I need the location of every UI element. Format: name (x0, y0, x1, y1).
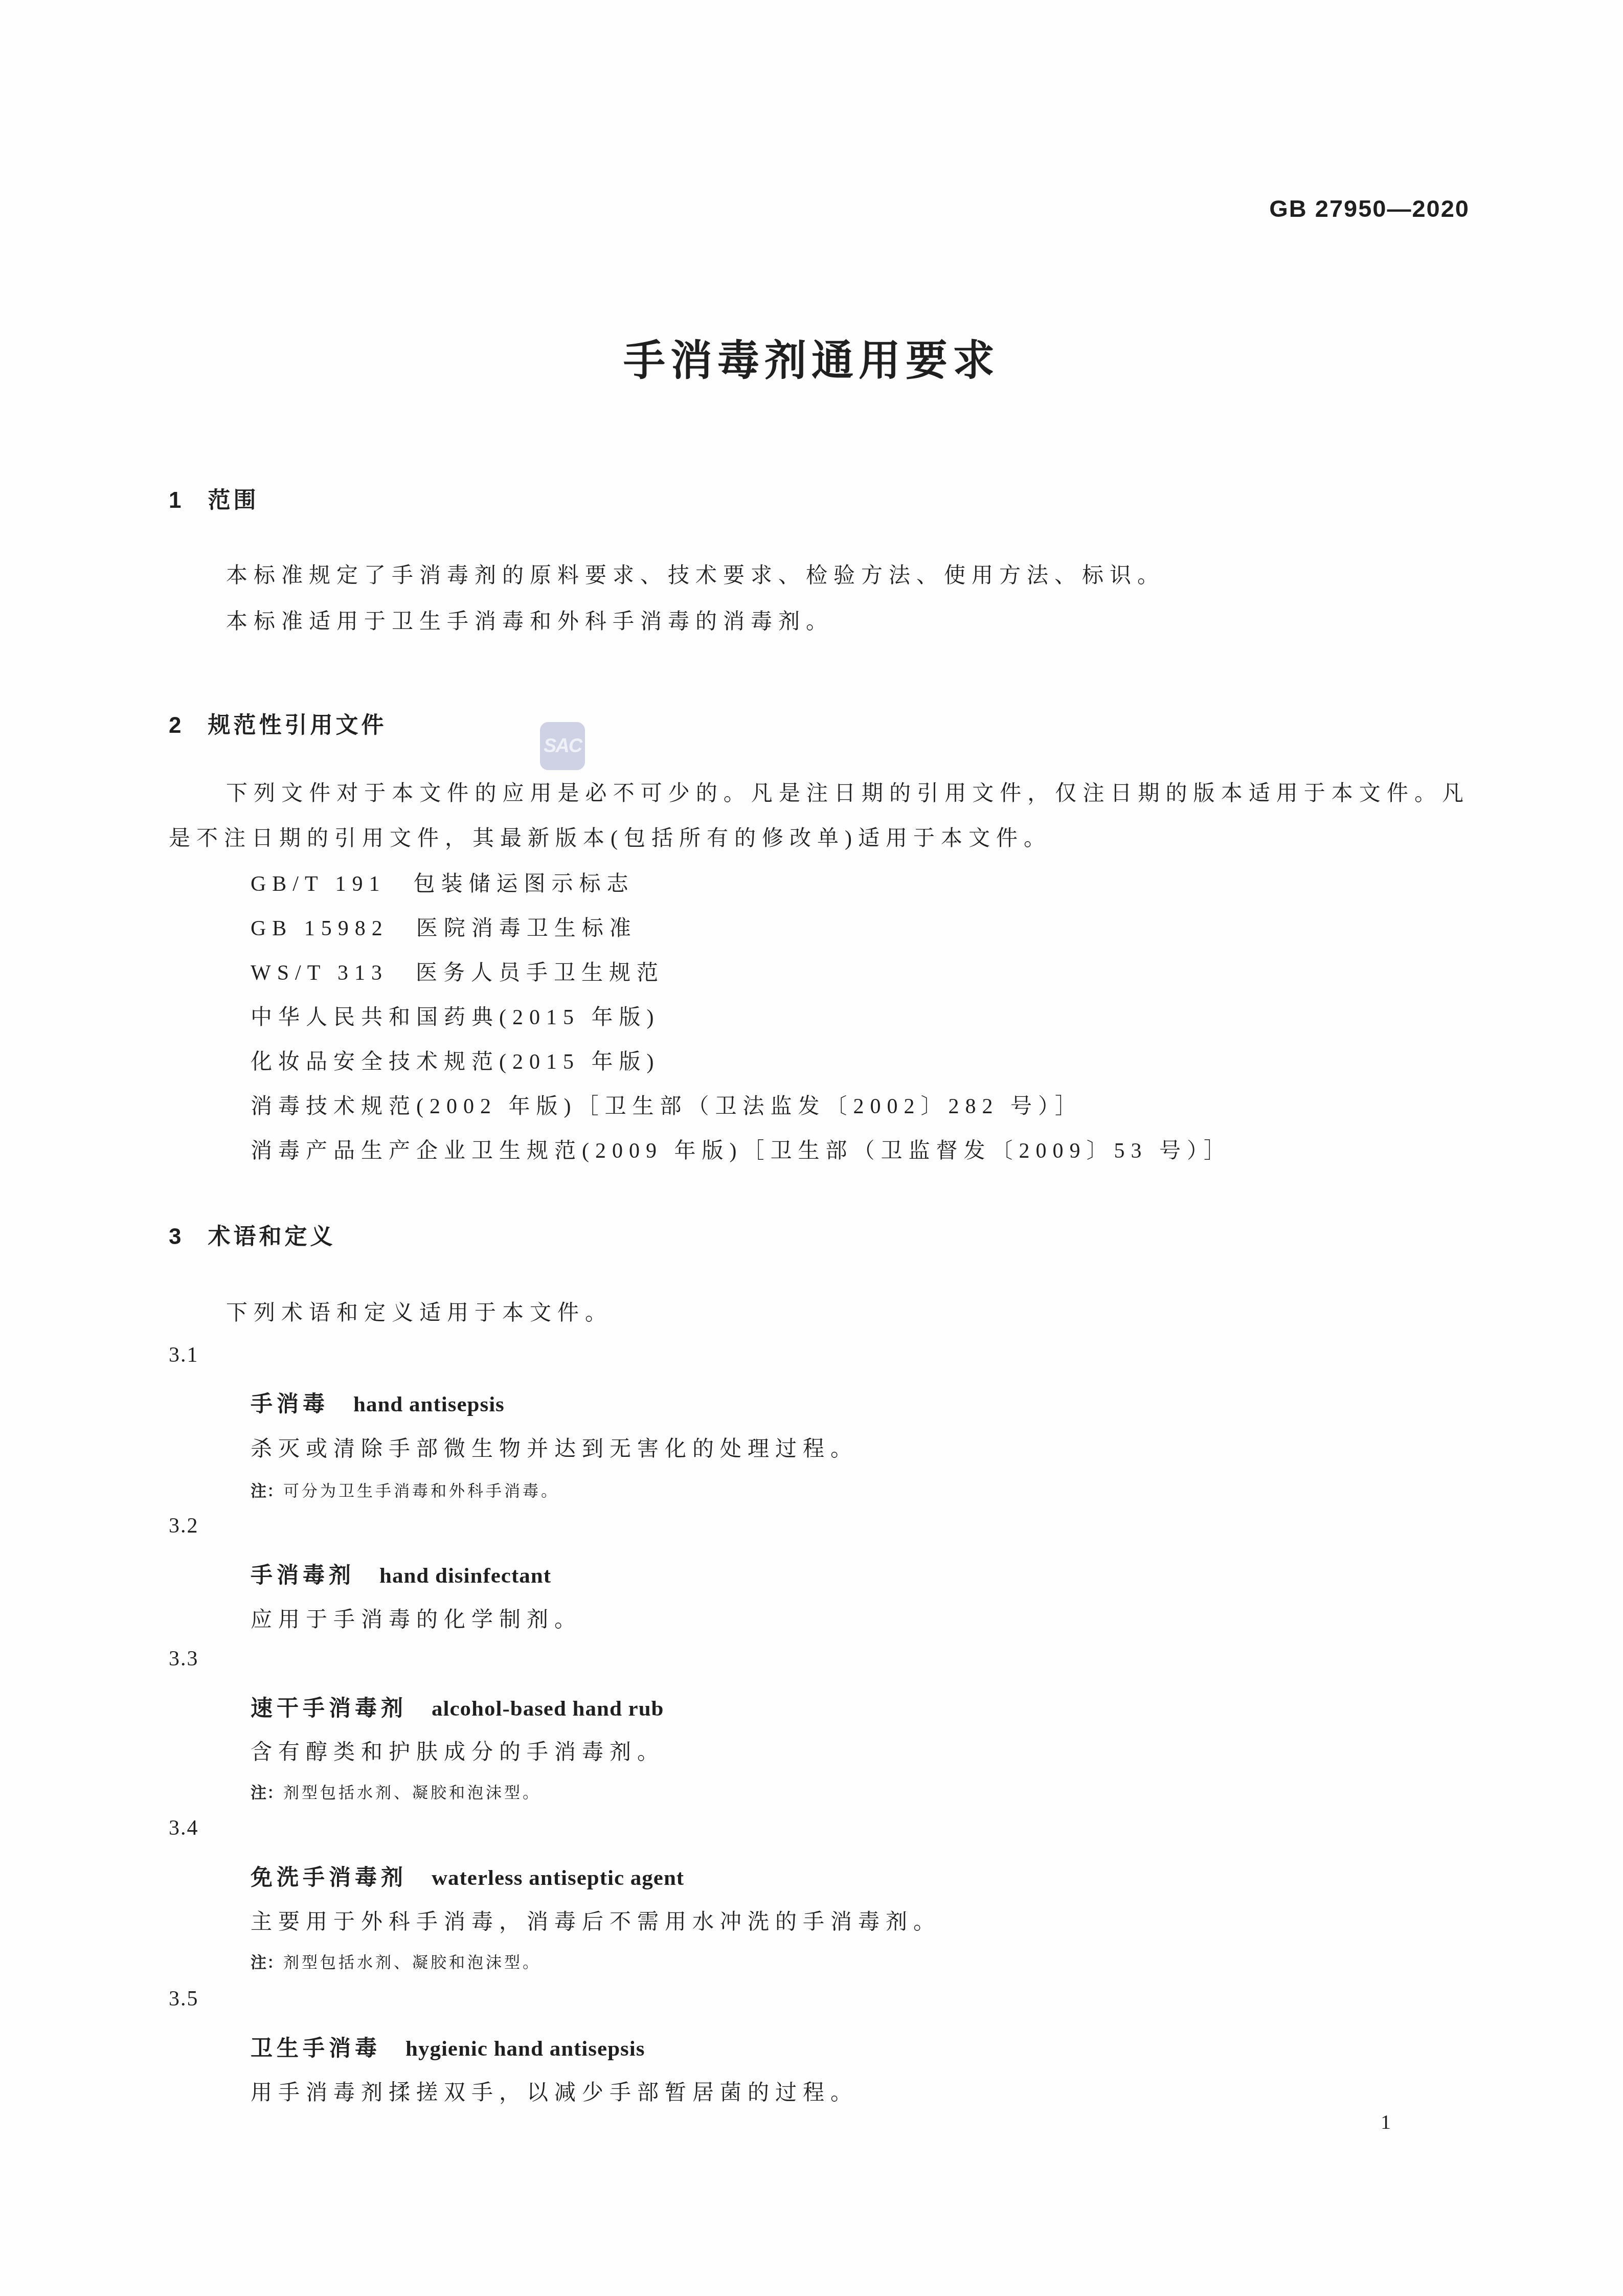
scope-paragraph-1: 本标准规定了手消毒剂的原料要求、技术要求、检验方法、使用方法、标识。 (169, 558, 1165, 589)
page-number: 1 (1381, 2110, 1391, 2134)
term-name: 手消毒剂hand disinfectant (251, 1558, 551, 1589)
section-number: 2 (169, 713, 181, 738)
reference-item: GB 15982 医院消毒卫生标准 (251, 911, 637, 942)
term-number: 3.4 (169, 1816, 199, 1840)
section-number: 1 (169, 488, 181, 513)
document-title: 手消毒剂通用要求 (0, 327, 1623, 387)
term-name-zh: 卫生手消毒 (251, 2036, 381, 2061)
watermark-text: SAC (544, 735, 581, 757)
standard-code: GB 27950—2020 (1269, 194, 1470, 222)
term-name-zh: 手消毒 (251, 1392, 329, 1416)
term-name-en: hand antisepsis (353, 1392, 505, 1416)
term-name: 免洗手消毒剂waterless antiseptic agent (251, 1860, 684, 1892)
reference-item: WS/T 313 医务人员手卫生规范 (251, 956, 664, 986)
section-1-heading: 1范围 (169, 482, 259, 514)
term-definition: 应用于手消毒的化学制剂。 (251, 1603, 582, 1633)
term-note: 注：剂型包括水剂、凝胶和泡沫型。 (251, 1949, 541, 1972)
reference-item: 化妆品安全技术规范(2015 年版) (251, 1045, 660, 1075)
section-number: 3 (169, 1224, 181, 1249)
reference-item: GB/T 191 包装储运图示标志 (251, 867, 634, 897)
section-3-heading: 3术语和定义 (169, 1218, 335, 1251)
term-number: 3.1 (169, 1343, 199, 1367)
term-definition: 用手消毒剂揉搓双手，以减少手部暂居菌的过程。 (251, 2076, 858, 2106)
reference-item: 消毒产品生产企业卫生规范(2009 年版)［卫生部（卫监督发〔2009〕53 号… (251, 1134, 1231, 1164)
term-name-zh: 免洗手消毒剂 (251, 1865, 407, 1890)
term-number: 3.5 (169, 1987, 199, 2011)
document-page: GB 27950—2020 手消毒剂通用要求 1范围 本标准规定了手消毒剂的原料… (0, 0, 1623, 2296)
term-number: 3.3 (169, 1647, 199, 1671)
term-definition: 杀灭或清除手部微生物并达到无害化的处理过程。 (251, 1432, 858, 1462)
terms-intro: 下列术语和定义适用于本文件。 (169, 1296, 613, 1326)
term-name-en: hygienic hand antisepsis (405, 2037, 645, 2061)
term-number: 3.2 (169, 1514, 199, 1538)
note-label: 注： (251, 1482, 283, 1500)
normative-references-intro: 下列文件对于本文件的应用是必不可少的。凡是注日期的引用文件，仅注日期的版本适用于… (169, 771, 1470, 861)
note-text: 剂型包括水剂、凝胶和泡沫型。 (283, 1784, 541, 1802)
term-name-zh: 手消毒剂 (251, 1563, 355, 1588)
section-2-heading: 2规范性引用文件 (169, 707, 387, 739)
note-label: 注： (251, 1784, 283, 1802)
term-name: 速干手消毒剂alcohol-based hand rub (251, 1691, 664, 1722)
section-title: 规范性引用文件 (208, 713, 387, 738)
term-name: 手消毒hand antisepsis (251, 1387, 505, 1418)
term-definition: 含有醇类和护肤成分的手消毒剂。 (251, 1735, 665, 1766)
term-name-en: hand disinfectant (379, 1564, 551, 1588)
term-definition: 主要用于外科手消毒，消毒后不需用水冲洗的手消毒剂。 (251, 1905, 941, 1935)
note-label: 注： (251, 1953, 283, 1971)
term-note: 注：剂型包括水剂、凝胶和泡沫型。 (251, 1780, 541, 1803)
note-text: 可分为卫生手消毒和外科手消毒。 (283, 1482, 559, 1500)
term-name-en: alcohol-based hand rub (432, 1697, 664, 1721)
term-name-en: waterless antiseptic agent (432, 1866, 684, 1890)
section-title: 范围 (208, 488, 259, 513)
scope-paragraph-2: 本标准适用于卫生手消毒和外科手消毒的消毒剂。 (169, 604, 833, 635)
section-title: 术语和定义 (208, 1224, 335, 1249)
term-name-zh: 速干手消毒剂 (251, 1696, 407, 1721)
reference-item: 中华人民共和国药典(2015 年版) (251, 1000, 660, 1031)
note-text: 剂型包括水剂、凝胶和泡沫型。 (283, 1953, 541, 1971)
term-name: 卫生手消毒hygienic hand antisepsis (251, 2031, 645, 2062)
reference-item: 消毒技术规范(2002 年版)［卫生部（卫法监发〔2002〕282 号）］ (251, 1089, 1083, 1120)
sac-watermark-logo: SAC (540, 722, 585, 770)
term-note: 注：可分为卫生手消毒和外科手消毒。 (251, 1478, 559, 1501)
